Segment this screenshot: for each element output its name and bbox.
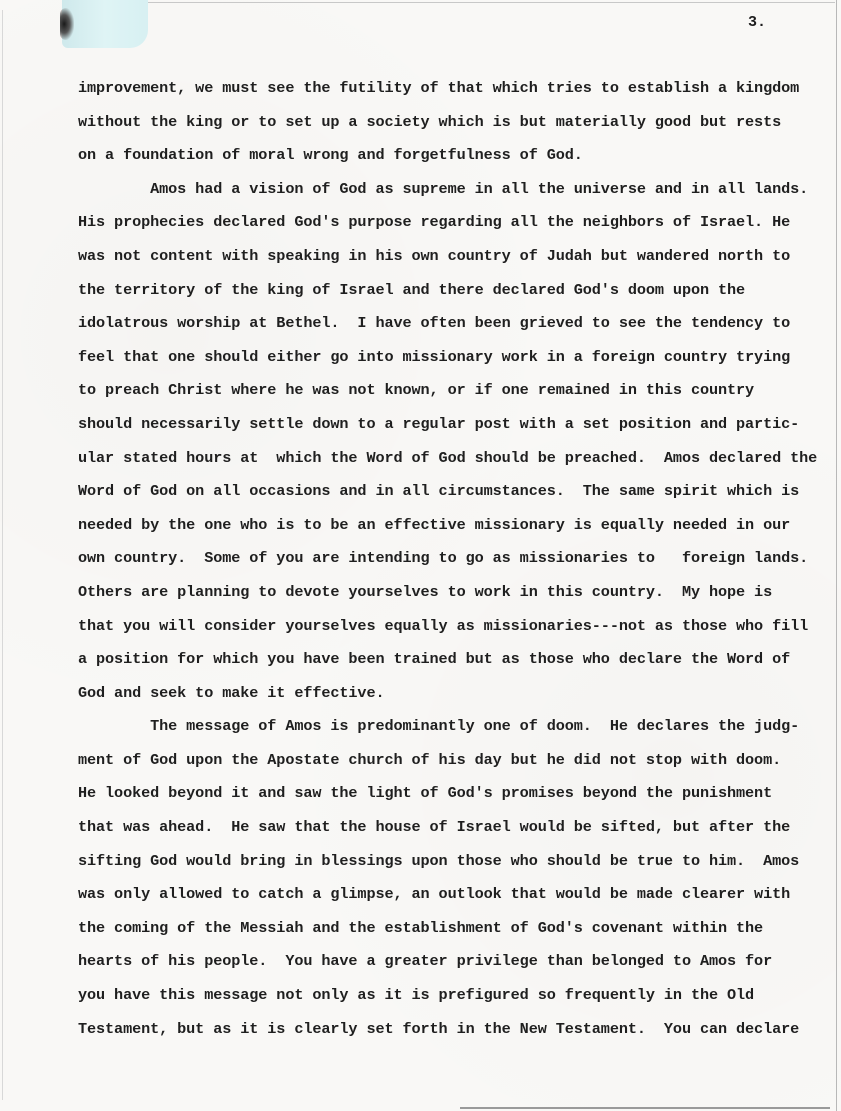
- text-line: Amos had a vision of God as supreme in a…: [78, 179, 798, 213]
- text-line: to preach Christ where he was not known,…: [78, 380, 798, 414]
- text-line: the territory of the king of Israel and …: [78, 280, 798, 314]
- text-line: ment of God upon the Apostate church of …: [78, 750, 798, 784]
- text-line: Word of God on all occasions and in all …: [78, 481, 798, 515]
- text-line: idolatrous worship at Bethel. I have oft…: [78, 313, 798, 347]
- text-line: needed by the one who is to be an effect…: [78, 515, 798, 549]
- text-line: Others are planning to devote yourselves…: [78, 582, 798, 616]
- text-line: was only allowed to catch a glimpse, an …: [78, 884, 798, 918]
- text-line: on a foundation of moral wrong and forge…: [78, 145, 798, 179]
- page-edge-left: [2, 10, 3, 1100]
- text-line: that you will consider yourselves equall…: [78, 616, 798, 650]
- torn-corner: [62, 0, 148, 48]
- text-line: own country. Some of you are intending t…: [78, 548, 798, 582]
- text-line: He looked beyond it and saw the light of…: [78, 783, 798, 817]
- page-number: 3.: [748, 14, 766, 31]
- page-edge-right: [836, 0, 837, 1111]
- page-edge-top: [145, 2, 835, 3]
- page-edge-bottom: [460, 1107, 830, 1109]
- text-line: without the king or to set up a society …: [78, 112, 798, 146]
- text-line: improvement, we must see the futility of…: [78, 78, 798, 112]
- text-line: Testament, but as it is clearly set fort…: [78, 1019, 798, 1053]
- text-line: should necessarily settle down to a regu…: [78, 414, 798, 448]
- text-line: The message of Amos is predominantly one…: [78, 716, 798, 750]
- torn-corner-shadow: [60, 8, 74, 40]
- text-line: His prophecies declared God's purpose re…: [78, 212, 798, 246]
- text-line: you have this message not only as it is …: [78, 985, 798, 1019]
- text-line: feel that one should either go into miss…: [78, 347, 798, 381]
- text-line: the coming of the Messiah and the establ…: [78, 918, 798, 952]
- text-line: ular stated hours at which the Word of G…: [78, 448, 798, 482]
- document-page: 3. improvement, we must see the futility…: [0, 0, 841, 1111]
- text-line: hearts of his people. You have a greater…: [78, 951, 798, 985]
- text-line: a position for which you have been train…: [78, 649, 798, 683]
- text-line: that was ahead. He saw that the house of…: [78, 817, 798, 851]
- text-line: sifting God would bring in blessings upo…: [78, 851, 798, 885]
- text-line: God and seek to make it effective.: [78, 683, 798, 717]
- typed-body-text: improvement, we must see the futility of…: [78, 78, 798, 1052]
- text-line: was not content with speaking in his own…: [78, 246, 798, 280]
